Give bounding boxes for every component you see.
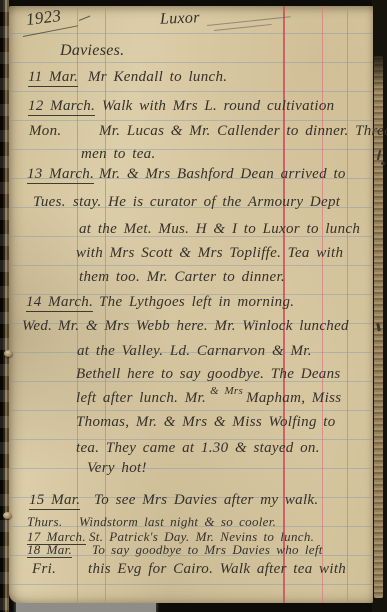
entry-text: left after lunch. Mr. (76, 390, 206, 406)
entry-text: them too. Mr. Carter to dinner. (79, 268, 285, 286)
family-heading: Davieses. (60, 42, 124, 60)
entry-date: 11 Mar. (28, 68, 78, 87)
inserted-text-above-line: & Mrs (210, 385, 243, 397)
edge-mark (381, 162, 385, 165)
entry-text: Mr. & Mrs Bashford Dean arrived to (99, 165, 346, 183)
book-fore-edge (372, 0, 387, 612)
entry-date: 12 March. (28, 97, 95, 116)
entry-text: Windstorm last night & so cooler. (79, 514, 276, 529)
red-margin-rule (347, 6, 348, 603)
entry-date: 13 March. (27, 165, 94, 184)
entry-text: stay. He is curator of the Armoury Dept (73, 193, 340, 211)
entry-day: Thurs. (27, 514, 62, 529)
entry-day: Mon. (29, 122, 61, 140)
entry-day: Wed. (22, 317, 52, 335)
entry-text: The Lythgoes left in morning. (99, 293, 294, 311)
entry-text: Very hot! (87, 459, 147, 477)
entry-text: Mr. Lucas & Mr. Callender to dinner. Thr… (99, 122, 387, 140)
entry-text: Thomas, Mr. & Mrs & Miss Wolfing to (76, 413, 336, 431)
entry-text: Mr. & Mrs Webb here. Mr. Winlock lunched (58, 317, 349, 335)
notebook-page: 1923 Luxor Davieses. 11 Mar. Mr Kendall … (9, 6, 373, 603)
entry-day: Fri. (32, 560, 56, 578)
entry-text: tea. They came at 1.30 & stayed on. (76, 439, 320, 457)
entry-text: this Evg for Cairo. Walk after tea with (88, 560, 346, 578)
entry-day: Tues. (33, 193, 66, 211)
entry-text: Mapham, Miss (246, 390, 341, 406)
entry-text: To see Mrs Davies after my walk. (94, 491, 318, 509)
binding-stitch-glint (3, 512, 12, 519)
entry-text: To say goodbye to Mrs Davies who left (92, 542, 323, 557)
book-binding-edge (0, 0, 9, 612)
entry-date: 18 Mar. (27, 542, 72, 558)
entry-text: Walk with Mrs L. round cultivation (102, 97, 334, 115)
entry-date: 14 March. (26, 293, 93, 312)
entry-date: 15 Mar. (29, 491, 80, 510)
entry-text: at the Met. Mus. H & I to Luxor to lunch (79, 220, 360, 238)
diary-place-heading: Luxor (160, 9, 200, 28)
red-margin-rule (322, 6, 323, 603)
binding-stitch-glint (4, 350, 13, 357)
scanned-diary-photo: 1923 Luxor Davieses. 11 Mar. Mr Kendall … (0, 0, 387, 612)
entry-text: Bethell here to say goodbye. The Deans (76, 365, 341, 383)
fore-edge-shadow (372, 0, 387, 90)
entry-text: Mr Kendall to lunch. (88, 68, 227, 86)
entry-text: men to tea. (81, 145, 156, 163)
entry-text: with Mrs Scott & Mrs Topliffe. Tea with (76, 244, 343, 262)
entry-text: at the Valley. Ld. Carnarvon & Mr. (77, 342, 312, 360)
entry-text-with-insertion: left after lunch. Mr.& MrsMapham, Miss (76, 389, 341, 408)
